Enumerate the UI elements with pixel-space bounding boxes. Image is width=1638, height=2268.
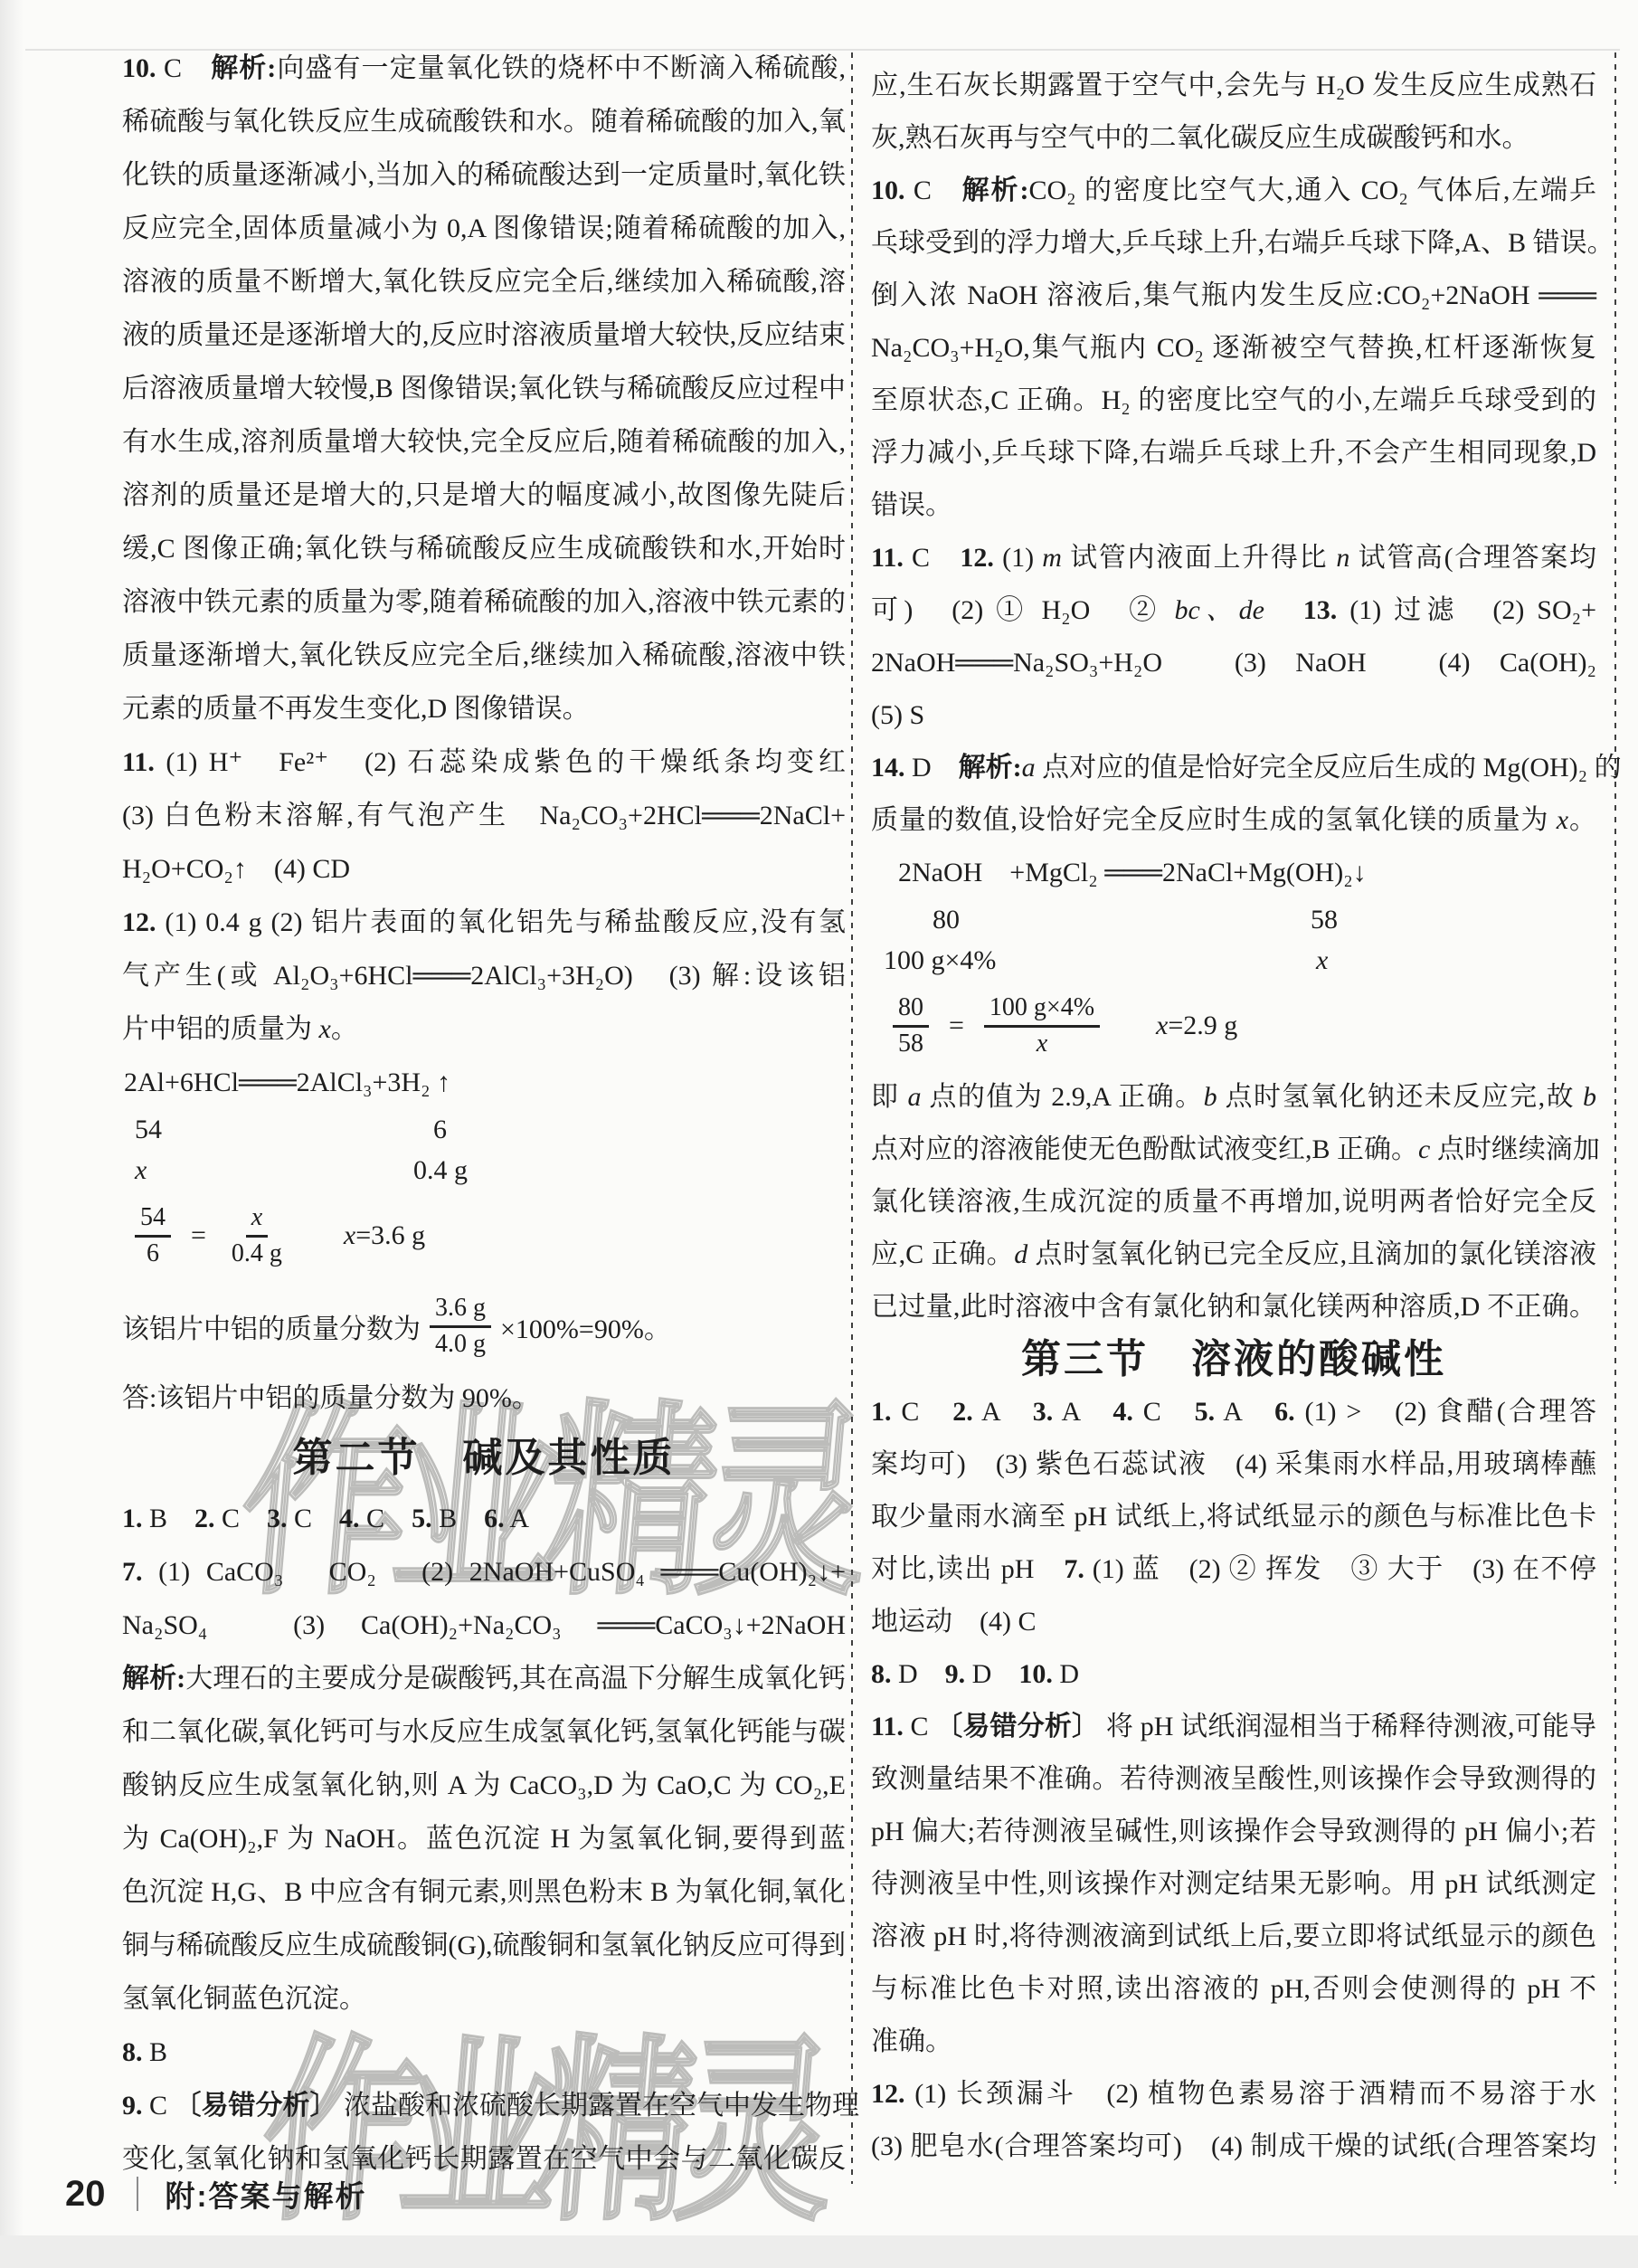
text-line: 片中铝的质量为 x。	[122, 1002, 846, 1056]
text-line: 质量的数值,设恰好完全反应时生成的氢氧化镁的质量为 x。	[871, 794, 1596, 847]
text-line: pH 偏大;若待测液呈碱性,则该操作会导致测得的 pH 偏小;若	[871, 1806, 1596, 1858]
text-line: Na₂CO₃+H₂O,集气瓶内 CO₂ 逐渐被空气替换,杠杆逐渐恢复	[871, 322, 1596, 375]
stoich-value: 0.4 g	[413, 1150, 468, 1191]
text-line: 至原状态,C 正确。H₂ 的密度比空气的小,左端乒乓球受到的	[871, 375, 1596, 427]
bottom-edge-band	[0, 2235, 1638, 2268]
text-line: 地运动 (4) C	[871, 1596, 1596, 1648]
text-line: 为 Ca(OH)₂,F 为 NaOH。蓝色沉淀 H 为氢氧化铜,要得到蓝	[122, 1812, 846, 1865]
text-line: 和二氧化碳,氧化钙可与水反应生成氢氧化钙,氢氧化钙能与碳	[122, 1705, 846, 1759]
page-left-edge-shadow	[0, 0, 24, 2268]
fraction-text-line: 该铝片中铝的质量分数为3.6 g4.0 g×100%=90%。	[122, 1281, 846, 1371]
stoich-value: 54	[135, 1109, 162, 1150]
fraction-numerator: 100 g×4%	[984, 992, 1100, 1027]
text-line: 应,生石灰长期露置于空气中,会先与 H₂O 发生反应生成熟石	[871, 60, 1596, 112]
text-line: 可) (2) ① H₂O ② bc、de 13. (1) 过滤 (2) SO₂+	[871, 584, 1596, 637]
section-header: 第三节 溶液的酸碱性	[871, 1333, 1596, 1386]
fraction: 546	[135, 1201, 171, 1270]
fraction-denominator: 58	[893, 1028, 929, 1060]
fraction-numerator: 80	[893, 992, 929, 1027]
fraction-numerator: 54	[135, 1201, 171, 1237]
text-line: 后溶液质量增大较慢,B 图像错误;氧化铁与稀硫酸反应过程中	[122, 362, 846, 415]
text-line: 12. (1) 长颈漏斗 (2) 植物色素易溶于酒精而不易溶于水	[871, 2068, 1596, 2121]
fraction-denominator: 4.0 g	[430, 1328, 491, 1361]
text-line: (5) S	[871, 689, 1596, 742]
text-line: 反应完全,固体质量减小为 0,A 图像错误;随着稀硫酸的加入,	[122, 202, 846, 255]
text-line: 溶液 pH 时,将待测液滴到试纸上后,要立即将试纸显示的颜色	[871, 1911, 1596, 1963]
text-line: 溶液的质量不断增大,氧化铁反应完全后,继续加入稀硫酸,溶	[122, 255, 846, 308]
text-line: 11. (1) H⁺ Fe²⁺ (2) 石蕊染成紫色的干燥纸条均变红	[122, 735, 846, 789]
text-line: 答:该铝片中铝的质量分数为 90%。	[122, 1371, 846, 1425]
fraction-post-text: ×100%=90%。	[500, 1306, 671, 1346]
stoich-value: 100 g×4%	[884, 940, 996, 981]
text-line: 气产生(或 Al₂O₃+6HCl═══2AlCl₃+3H₂O) (3) 解:设该…	[122, 949, 846, 1002]
proportion-line: 8058=100 g×4%xx=2.9 g	[871, 981, 1596, 1071]
text-line: 缓,C 图像正确;氧化铁与稀硫酸反应生成硫酸铁和水,开始时	[122, 522, 846, 575]
text-line: 对比,读出 pH 7. (1) 蓝 (2) ② 挥发 ③ 大于 (3) 在不停	[871, 1543, 1596, 1596]
text-line: Na₂SO₄ (3) Ca(OH)₂+Na₂CO₃ ═══CaCO₃↓+2NaO…	[122, 1599, 846, 1652]
text-line: 乓球受到的浮力增大,乒乓球上升,右端乒乓球下降,A、B 错误。	[871, 217, 1596, 270]
text-line: 点对应的溶液能使无色酚酞试液变红,B 正确。c 点时继续滴加	[871, 1124, 1596, 1176]
fraction: 100 g×4%x	[984, 992, 1100, 1060]
text-line: 1. B 2. C 3. C 4. C 5. B 6. A	[122, 1492, 846, 1545]
fraction: 3.6 g4.0 g	[430, 1292, 491, 1361]
result-value: x=2.9 g	[1156, 1011, 1237, 1041]
equation-line: 2Al+6HCl═══2AlCl₃+3H₂ ↑	[122, 1056, 846, 1109]
fraction-numerator: 3.6 g	[430, 1292, 491, 1327]
column-divider-dashed	[851, 52, 853, 2184]
left-column: 10. C 解析:向盛有一定量氧化铁的烧杯中不断滴入稀硫酸,稀硫酸与氧化铁反应生…	[122, 42, 846, 2186]
equation-line: 2NaOH +MgCl₂ ═══2NaCl+Mg(OH)₂↓	[871, 847, 1596, 899]
stoich-values-line: 546	[122, 1109, 846, 1150]
text-line: H₂O+CO₂↑ (4) CD	[122, 842, 846, 896]
text-line: 色沉淀 H,G、B 中应含有铜元素,则黑色粉末 B 为氧化铜,氧化	[122, 1865, 846, 1919]
text-line: 有水生成,溶剂质量增大较快,完全反应后,随着稀硫酸的加入,	[122, 415, 846, 469]
text-line: 7. (1) CaCO₃ CO₂ (2) 2NaOH+CuSO₄ ═══Cu(O…	[122, 1545, 846, 1599]
stoich-values-line: x0.4 g	[122, 1150, 846, 1191]
text-line: 12. (1) 0.4 g (2) 铝片表面的氧化铝先与稀盐酸反应,没有氢	[122, 896, 846, 949]
right-column: 应,生石灰长期露置于空气中,会先与 H₂O 发生反应生成熟石灰,熟石灰再与空气中…	[871, 60, 1596, 2173]
text-line: 溶剂的质量还是增大的,只是增大的幅度减小,故图像先陡后	[122, 469, 846, 522]
proportion-line: 546=x0.4 gx=3.6 g	[122, 1191, 846, 1281]
text-line: 8. B	[122, 2026, 846, 2079]
page-footer: 20 附:答案与解析	[65, 2169, 367, 2218]
text-line: 案均可) (3) 紫色石蕊试液 (4) 采集雨水样品,用玻璃棒蘸	[871, 1438, 1596, 1491]
text-line: 已过量,此时溶液中含有氯化钠和氯化镁两种溶质,D 不正确。	[871, 1281, 1596, 1333]
text-line: 质量逐渐增大,氧化铁反应完全后,继续加入稀硫酸,溶液中铁	[122, 629, 846, 682]
footer-label: 附:答案与解析	[166, 2173, 367, 2216]
stoich-value: 58	[1311, 899, 1338, 940]
fraction-denominator: 6	[141, 1238, 165, 1270]
text-line: 11. C 12. (1) m 试管内液面上升得比 n 试管高(合理答案均	[871, 532, 1596, 584]
text-line: 准确。	[871, 2016, 1596, 2068]
text-line: 倒入浓 NaOH 溶液后,集气瓶内发生反应:CO₂+2NaOH ═══	[871, 270, 1596, 322]
stoich-values-line: 100 g×4%x	[871, 940, 1596, 981]
stoich-value: x	[1316, 940, 1328, 981]
text-line: (3) 白色粉末溶解,有气泡产生 Na₂CO₃+2HCl═══2NaCl+	[122, 789, 846, 842]
text-line: 溶液中铁元素的质量为零,随着稀硫酸的加入,溶液中铁元素的	[122, 575, 846, 629]
fraction: 8058	[893, 992, 929, 1060]
fraction-numerator: x	[246, 1201, 268, 1237]
text-line: 浮力减小,乒乓球下降,右端乒乓球上升,不会产生相同现象,D	[871, 427, 1596, 479]
fraction: x0.4 g	[226, 1201, 288, 1270]
text-line: 取少量雨水滴至 pH 试纸上,将试纸显示的颜色与标准比色卡	[871, 1491, 1596, 1543]
text-line: 应,C 正确。d 点时氢氧化钠已完全反应,且滴加的氯化镁溶液	[871, 1229, 1596, 1281]
result-value: x=3.6 g	[344, 1220, 425, 1251]
text-line: 错误。	[871, 479, 1596, 532]
section-header: 第二节 碱及其性质	[122, 1425, 846, 1492]
equals-sign: =	[191, 1220, 206, 1251]
text-line: 氯化镁溶液,生成沉淀的质量不再增加,说明两者恰好完全反	[871, 1176, 1596, 1229]
text-line: 2NaOH═══Na₂SO₃+H₂O (3) NaOH (4) Ca(OH)₂	[871, 637, 1596, 689]
text-line: 8. D 9. D 10. D	[871, 1648, 1596, 1701]
text-line: 与标准比色卡对照,读出溶液的 pH,否则会使测得的 pH 不	[871, 1963, 1596, 2016]
text-line: 元素的质量不再发生变化,D 图像错误。	[122, 682, 846, 735]
text-line: 化铁的质量逐渐减小,当加入的稀硫酸达到一定质量时,氧化铁	[122, 148, 846, 202]
text-line: 致测量结果不准确。若待测液呈酸性,则该操作会导致测得的	[871, 1753, 1596, 1806]
stoich-value: 80	[933, 899, 960, 940]
text-line: 14. D 解析:a 点对应的值是恰好完全反应后生成的 Mg(OH)₂ 的	[871, 742, 1596, 794]
text-line: 即 a 点的值为 2.9,A 正确。b 点时氢氧化钠还未反应完,故 b	[871, 1071, 1596, 1124]
text-line: 液的质量还是逐渐增大的,反应时溶液质量增大较快,反应结束	[122, 308, 846, 362]
text-line: 1. C 2. A 3. A 4. C 5. A 6. (1) > (2) 食醋…	[871, 1386, 1596, 1438]
fraction-pre-text: 该铝片中铝的质量分数为	[122, 1306, 421, 1346]
footer-divider	[137, 2177, 138, 2211]
stoich-values-line: 8058	[871, 899, 1596, 940]
text-line: 10. C 解析:向盛有一定量氧化铁的烧杯中不断滴入稀硫酸,	[122, 42, 846, 95]
stoich-value: 6	[433, 1109, 447, 1150]
text-line: 氢氧化铜蓝色沉淀。	[122, 1972, 846, 2026]
text-line: 待测液呈中性,则该操作对测定结果无影响。用 pH 试纸测定	[871, 1858, 1596, 1911]
page-number: 20	[65, 2174, 106, 2215]
text-line: 解析:大理石的主要成分是碳酸钙,其在高温下分解生成氧化钙	[122, 1652, 846, 1705]
text-line: 9. C 〔易错分析〕 浓盐酸和浓硫酸长期露置在空气中发生物理	[122, 2079, 846, 2132]
text-line: (3) 肥皂水(合理答案均可) (4) 制成干燥的试纸(合理答案均	[871, 2121, 1596, 2173]
answer-key-page: 作业精灵 作业精灵 10. C 解析:向盛有一定量氧化铁的烧杯中不断滴入稀硫酸,…	[0, 0, 1638, 2268]
fraction-denominator: 0.4 g	[226, 1238, 288, 1270]
text-line: 10. C 解析:CO₂ 的密度比空气大,通入 CO₂ 气体后,左端乒	[871, 165, 1596, 217]
stoich-value: x	[135, 1150, 147, 1191]
text-line: 灰,熟石灰再与空气中的二氧化碳反应生成碳酸钙和水。	[871, 112, 1596, 165]
right-edge-dashed	[1614, 52, 1616, 2184]
text-line: 酸钠反应生成氢氧化钠,则 A 为 CaCO₃,D 为 CaO,C 为 CO₂,E	[122, 1759, 846, 1812]
equals-sign: =	[949, 1011, 964, 1041]
text-line: 11. C 〔易错分析〕 将 pH 试纸润湿相当于稀释待测液,可能导	[871, 1701, 1596, 1753]
text-line: 稀硫酸与氧化铁反应生成硫酸铁和水。随着稀硫酸的加入,氧	[122, 95, 846, 148]
fraction-denominator: x	[1031, 1028, 1053, 1060]
text-line: 铜与稀硫酸反应生成硫酸铜(G),硫酸铜和氢氧化钠反应可得到	[122, 1919, 846, 1972]
